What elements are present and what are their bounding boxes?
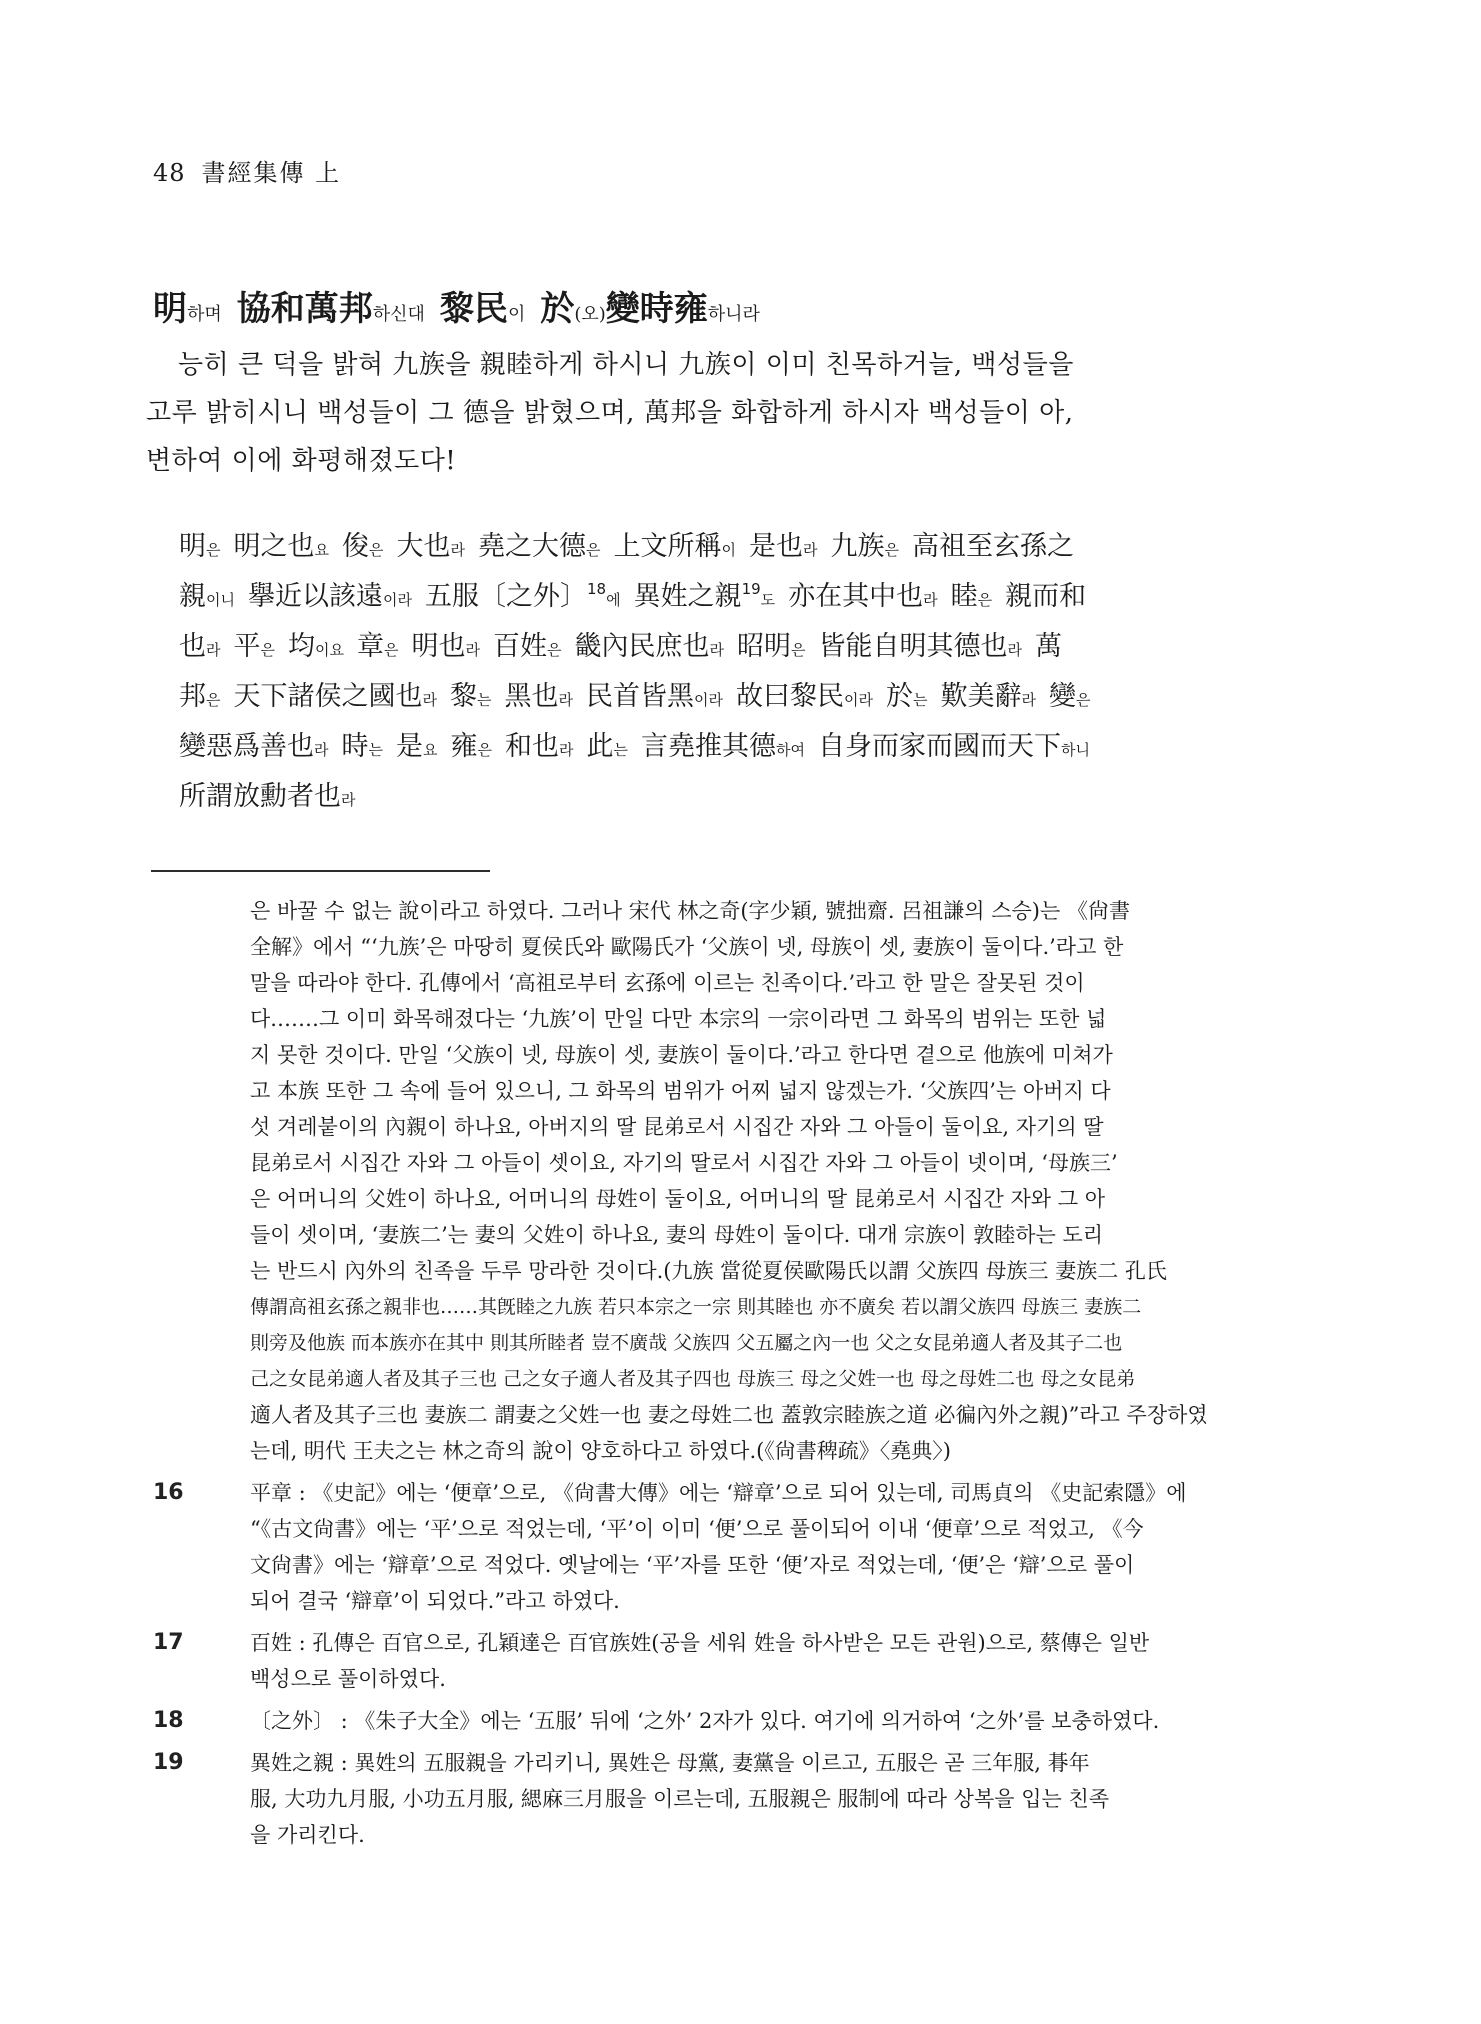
hanja-run: 明 [179,531,206,562]
book-title: 書經集傳 上 [202,159,342,187]
hangul-gloss: 은 [261,641,276,659]
hanja-run: 萬 [1035,631,1062,662]
footnote-line: 말을 따라야 한다. 孔傳에서 ‘高祖로부터 玄孫에 이르는 친족이다.’라고 … [250,965,1349,1001]
hanja-run: 異姓之親 [634,581,742,612]
hanja-run: 俊 [342,531,369,562]
hanja-run: 言堯推其德 [641,731,776,762]
footnote-number: 17 [153,1625,250,1697]
hangul-gloss: 은 [1076,691,1091,709]
footnote-16: 16平章 : 《史記》에는 ‘便章’으로, 《尙書大傳》에는 ‘辯章’으로 되어… [153,1475,1349,1619]
footnote-line: 文尙書》에는 ‘辯章’으로 적었다. 옛날에는 ‘平’자를 또한 ‘便’자로 적… [250,1547,1349,1583]
footnote-line: 適人者及其子三也 妻族二 謂妻之父姓一也 妻之母姓二也 蓋敦宗睦族之道 必徧內外… [250,1397,1349,1433]
footnote-separator [151,870,490,872]
hanja-run: 五服〔之外〕 [425,581,587,612]
hangul-gloss: 요 [315,541,330,559]
commentary-line: 也라平은均이요章은明也라百姓은畿內民庶也라昭明은皆能自明其德也라萬 [179,622,1344,672]
hanja-run: 自身而家而國而天下 [818,731,1061,762]
translation-line: 고루 밝히시니 백성들이 그 德을 밝혔으며, 萬邦을 화합하게 하시자 백성들… [146,389,1346,437]
footnote-body: 百姓 : 孔傳은 百官으로, 孔穎達은 百官族姓(공을 세워 姓을 하사받은 모… [250,1625,1349,1697]
hangul-gloss: 이 [722,541,737,559]
hanja-run: 邦 [179,681,206,712]
hangul-gloss: 라 [451,541,466,559]
hanja-run: 和也 [505,731,559,762]
commentary-line: 所謂放勳者也라 [179,772,1344,822]
footnote-body: 異姓之親 : 異姓의 五服親을 가리키니, 異姓은 母黨, 妻黨을 이르고, 五… [250,1745,1349,1853]
footnote-line: 服, 大功九月服, 小功五月服, 緦麻三月服을 이르는데, 五服親은 服制에 따… [250,1781,1349,1817]
hangul-gloss: 이니 [206,591,235,609]
hanja-run: 睦 [951,581,978,612]
hangul-gloss: 은 [206,691,221,709]
footnote-line: 異姓之親 : 異姓의 五服親을 가리키니, 異姓은 母黨, 妻黨을 이르고, 五… [250,1745,1349,1781]
footnote-body: 平章 : 《史記》에는 ‘便章’으로, 《尙書大傳》에는 ‘辯章’으로 되어 있… [250,1475,1349,1619]
hanja-run: 大也 [397,531,451,562]
hanja-run: 也 [179,631,206,662]
footnote-line: 고 本族 또한 그 속에 들어 있으니, 그 화목의 범위가 어찌 넓지 않겠는… [250,1073,1349,1109]
hangul-gloss: 라 [803,541,818,559]
hangul-gloss: 이 [508,304,525,325]
hanja-run: 平 [234,631,261,662]
footnote-line: 己之女昆弟適人者及其子三也 己之女子適人者及其子四也 母族三 母之父姓一也 母之… [250,1361,1349,1397]
hangul-gloss: 은 [885,541,900,559]
commentary-line: 明은明之也요俊은大也라堯之大德은上文所稱이是也라九族은高祖至玄孫之 [179,522,1344,572]
hanja-run: 明也 [411,631,465,662]
hangul-gloss: 요 [423,741,438,759]
hangul-gloss: 하며 [187,304,222,325]
commentary-line: 變惡爲善也라時는是요雍은和也라此는言堯推其德하여自身而家而國而天下하니 [179,722,1344,772]
hangul-gloss: 이라 [844,691,873,709]
hanja-run: 是也 [749,531,803,562]
hangul-gloss: 라 [1021,691,1036,709]
footnote-line: 섯 겨레붙이의 內親이 하나요, 아버지의 딸 昆弟로서 시집간 자와 그 아들… [250,1109,1349,1145]
hangul-gloss: 라 [314,741,329,759]
hanja-run: 黑也 [505,681,559,712]
hanja-run: 高祖至玄孫之 [912,531,1074,562]
footnote-body: 은 바꿀 수 없는 說이라고 하였다. 그러나 宋代 林之奇(字少穎, 號拙齋.… [250,893,1349,1469]
hangul-gloss: 하니 [1061,741,1090,759]
hanja-run: 民首皆黑 [586,681,694,712]
footnote-19: 19異姓之親 : 異姓의 五服親을 가리키니, 異姓은 母黨, 妻黨을 이르고,… [153,1745,1349,1853]
hangul-gloss: 도 [761,591,776,609]
hanja-run: 九族 [831,531,885,562]
footnote-line: 平章 : 《史記》에는 ‘便章’으로, 《尙書大傳》에는 ‘辯章’으로 되어 있… [250,1475,1349,1511]
hangul-gloss: 는 [614,741,629,759]
hanja-run: 均 [288,631,315,662]
hanja-run: 昭明 [737,631,791,662]
page-number: 48 [153,159,186,187]
book-page: 48書經集傳 上 明하며協和萬邦하신대黎民이於(오)變時雍하니라 능히 큰 덕을… [0,0,1481,2024]
hanja-run: 歎美辭 [940,681,1021,712]
hangul-gloss: 는 [913,691,928,709]
hanja-run: 時 [342,731,369,762]
footnote-line: “《古文尙書》에는 ‘平’으로 적었는데, ‘平’이 이미 ‘便’으로 풀이되어… [250,1511,1349,1547]
hanja-run: 所謂放勳者也 [179,781,341,812]
translation-line: 능히 큰 덕을 밝혀 九族을 親睦하게 하시니 九族이 이미 친목하거늘, 백성… [146,341,1346,389]
hangul-gloss: 라 [423,691,438,709]
footnote-line: 들이 셋이며, ‘妻族二’는 妻의 父姓이 하나요, 妻의 母姓이 둘이다. 대… [250,1217,1349,1253]
hangul-gloss: 은 [369,541,384,559]
hanja-run: 明 [153,289,187,329]
hanja-run: 畿內民庶也 [574,631,709,662]
scripture-line: 明하며協和萬邦하신대黎民이於(오)變時雍하니라 [153,281,760,330]
hangul-gloss: 하니라 [708,304,760,325]
hangul-gloss: 라 [341,791,356,809]
hangul-gloss: (오) [574,304,605,325]
hangul-gloss: 이라 [694,691,723,709]
translation-line: 변하여 이에 화평해졌도다! [146,437,1346,485]
footnote-body: 〔之外〕 : 《朱子大全》에는 ‘五服’ 뒤에 ‘之外’ 2자가 있다. 여기에… [250,1703,1349,1739]
hangul-gloss: 이요 [315,641,344,659]
hanja-run: 親 [179,581,206,612]
footnote-line: 百姓 : 孔傳은 百官으로, 孔穎達은 百官族姓(공을 세워 姓을 하사받은 모… [250,1625,1349,1661]
hanja-run: 於 [540,289,574,329]
footnote-line: 는 반드시 內外의 친족을 두루 망라한 것이다.(九族 當從夏侯歐陽氏以謂 父… [250,1253,1349,1289]
footnote-number: 19 [153,1745,250,1853]
hanja-run: 是 [396,731,423,762]
footnote-line: 다.……그 이미 화목해졌다는 ‘九族’이 만일 다만 本宗의 一宗이라면 그 … [250,1001,1349,1037]
hangul-gloss: 는 [477,691,492,709]
hanja-run: 黎民 [440,289,508,329]
footnote-line: 〔之外〕 : 《朱子大全》에는 ‘五服’ 뒤에 ‘之外’ 2자가 있다. 여기에… [250,1703,1349,1739]
commentary-line: 邦은天下諸侯之國也라黎는黑也라民首皆黑이라故曰黎民이라於는歎美辭라變은 [179,672,1344,722]
footnote-number: 16 [153,1475,250,1619]
footnote-ref: 19 [742,580,761,598]
hanja-run: 皆能自明其德也 [818,631,1007,662]
footnote-line: 은 바꿀 수 없는 說이라고 하였다. 그러나 宋代 林之奇(字少穎, 號拙齋.… [250,893,1349,929]
hanja-run: 明之也 [234,531,315,562]
hanja-run: 雍 [451,731,478,762]
hanja-run: 百姓 [493,631,547,662]
footnote-line: 되어 결국 ‘辯章’이 되었다.”라고 하였다. [250,1583,1349,1619]
footnote-line: 昆弟로서 시집간 자와 그 아들이 셋이요, 자기의 딸로서 시집간 자와 그 … [250,1145,1349,1181]
hangul-gloss: 이라 [383,591,412,609]
footnote-line: 백성으로 풀이하였다. [250,1661,1349,1697]
footnote-ref: 18 [587,580,606,598]
translation-paragraph: 능히 큰 덕을 밝혀 九族을 親睦하게 하시니 九族이 이미 친목하거늘, 백성… [146,341,1346,485]
footnote-number [153,893,250,1469]
footnote-line: 則旁及他族 而本族亦在其中 則其所睦者 豈不廣哉 父族四 父五屬之內一也 父之女… [250,1325,1349,1361]
commentary-block: 明은明之也요俊은大也라堯之大德은上文所稱이是也라九族은高祖至玄孫之親이니擧近以該… [179,522,1344,822]
hanja-run: 亦在其中也 [788,581,923,612]
hangul-gloss: 은 [384,641,399,659]
hangul-gloss: 라 [559,691,574,709]
hanja-run: 故曰黎民 [736,681,844,712]
hangul-gloss: 라 [709,641,724,659]
hangul-gloss: 은 [978,591,993,609]
hanja-run: 協和萬邦 [237,289,373,329]
hangul-gloss: 은 [586,541,601,559]
hanja-run: 親而和 [1005,581,1086,612]
hangul-gloss: 은 [206,541,221,559]
commentary-line: 親이니擧近以該遠이라五服〔之外〕18에異姓之親19도亦在其中也라睦은親而和 [179,572,1344,622]
footnote-continuation: 은 바꿀 수 없는 說이라고 하였다. 그러나 宋代 林之奇(字少穎, 號拙齋.… [153,893,1349,1469]
hanja-run: 章 [357,631,384,662]
footnote-line: 는데, 明代 王夫之는 林之奇의 說이 양호하다고 하였다.(《尙書稗疏》〈堯典… [250,1433,1349,1469]
hangul-gloss: 하신대 [373,304,425,325]
page-header: 48書經集傳 上 [153,153,341,188]
footnote-line: 지 못한 것이다. 만일 ‘父族이 넷, 母族이 셋, 妻族이 둘이다.’라고 … [250,1037,1349,1073]
hanja-run: 變 [1049,681,1076,712]
footnote-number: 18 [153,1703,250,1739]
hanja-run: 擧近以該遠 [248,581,383,612]
hangul-gloss: 라 [559,741,574,759]
footnote-line: 은 어머니의 父姓이 하나요, 어머니의 母姓이 둘이요, 어머니의 딸 昆弟로… [250,1181,1349,1217]
hangul-gloss: 는 [369,741,384,759]
footnote-18: 18〔之外〕 : 《朱子大全》에는 ‘五服’ 뒤에 ‘之外’ 2자가 있다. 여… [153,1703,1349,1739]
footnote-line: 을 가리킨다. [250,1817,1349,1853]
hanja-run: 黎 [450,681,477,712]
footnotes-section: 은 바꿀 수 없는 說이라고 하였다. 그러나 宋代 林之奇(字少穎, 號拙齋.… [153,893,1349,1859]
footnote-line: 傳謂高祖玄孫之親非也……其旣睦之九族 若只本宗之一宗 則其睦也 亦不廣矣 若以謂… [250,1289,1349,1325]
hanja-run: 此 [587,731,614,762]
hanja-run: 堯之大德 [478,531,586,562]
hangul-gloss: 라 [923,591,938,609]
hanja-run: 變時雍 [606,289,708,329]
hanja-run: 變惡爲善也 [179,731,314,762]
hanja-run: 天下諸侯之國也 [234,681,423,712]
footnote-line: 全解》에서 “‘九族’은 마땅히 夏侯氏와 歐陽氏가 ‘父族이 넷, 母族이 셋… [250,929,1349,965]
hangul-gloss: 라 [206,641,221,659]
footnote-17: 17百姓 : 孔傳은 百官으로, 孔穎達은 百官族姓(공을 세워 姓을 하사받은… [153,1625,1349,1697]
hanja-run: 上文所稱 [614,531,722,562]
hanja-run: 於 [886,681,913,712]
hangul-gloss: 은 [547,641,562,659]
hangul-gloss: 은 [791,641,806,659]
hangul-gloss: 라 [465,641,480,659]
hangul-gloss: 에 [606,591,621,609]
hangul-gloss: 라 [1007,641,1022,659]
hangul-gloss: 은 [478,741,493,759]
hangul-gloss: 하여 [776,741,805,759]
